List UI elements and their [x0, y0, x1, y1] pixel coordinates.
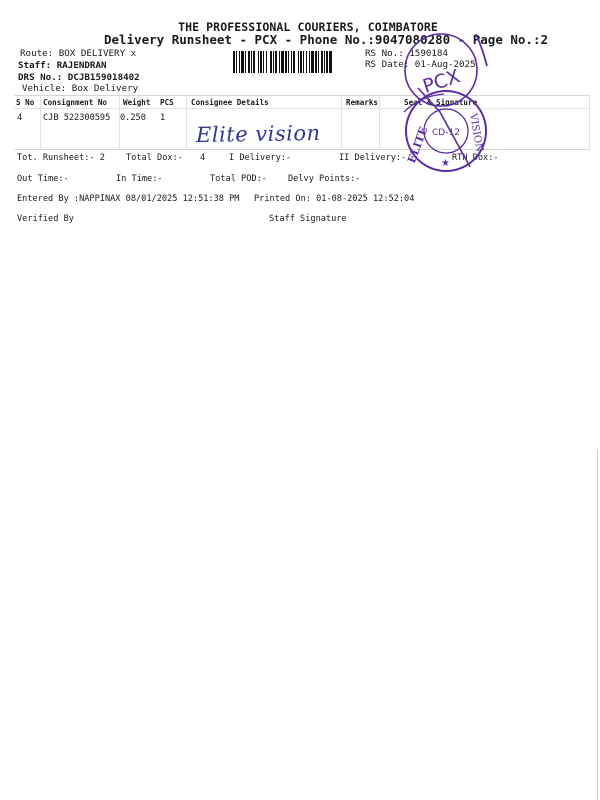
drs-number: DRS No.: DCJB159018402 [18, 72, 140, 83]
delvy-points: Delvy Points:- [288, 174, 360, 184]
staff-signature-label: Staff Signature [269, 214, 347, 224]
col-header-weight: Weight [123, 98, 150, 107]
handwritten-consignee: Elite vision [196, 121, 321, 147]
page-edge [597, 450, 598, 800]
col-divider [589, 96, 590, 149]
col-header-consignee: Consignee Details [191, 98, 269, 107]
rs-number: RS No.: 1590184 [365, 48, 448, 59]
tot-runsheet: Tot. Runsheet:- 2 [17, 153, 105, 163]
runsheet-subtitle: Delivery Runsheet - PCX - Phone No.:9047… [104, 32, 548, 47]
vehicle-label: Vehicle: Box Delivery [22, 83, 138, 94]
rs-date: RS Date: 01-Aug-2025 [365, 59, 476, 70]
col-header-consignment: Consignment No [43, 98, 107, 107]
cell-sno: 4 [17, 113, 22, 123]
cell-weight: 0.250 [120, 113, 146, 123]
ii-delivery: II Delivery:- [339, 153, 406, 163]
table-header-border [14, 108, 590, 109]
cell-consignment-no: CJB 522300595 [43, 113, 110, 123]
entered-by: Entered By :NAPPINAX 08/01/2025 12:51:38… [17, 194, 239, 204]
col-divider [186, 96, 187, 149]
rtn-dox: RTN Dox:- [452, 153, 499, 163]
total-pod: Total POD:- [210, 174, 267, 184]
col-header-pcs: PCS [160, 98, 174, 107]
cell-pcs: 1 [160, 113, 165, 123]
table-bottom-border [14, 149, 590, 150]
verified-by-label: Verified By [17, 214, 74, 224]
col-divider [40, 96, 41, 149]
table-top-border [14, 95, 590, 96]
barcode-icon [233, 51, 359, 73]
i-delivery: I Delivery:- [229, 153, 291, 163]
out-time: Out Time:- [17, 174, 69, 184]
svg-text:VISION: VISION [467, 112, 485, 153]
col-divider [379, 96, 380, 149]
col-header-sno: S No [16, 98, 34, 107]
col-header-seal: Seal & Signature [404, 98, 477, 107]
svg-text:CD-12: CD-12 [432, 128, 460, 138]
in-time: In Time:- [116, 174, 163, 184]
col-divider [341, 96, 342, 149]
col-header-remarks: Remarks [346, 98, 378, 107]
svg-text:ELITE: ELITE [405, 125, 430, 165]
staff-label: Staff: RAJENDRAN [18, 60, 107, 71]
svg-text:★: ★ [441, 158, 450, 169]
total-dox-label: Total Dox:- [126, 153, 183, 163]
total-dox-value: 4 [200, 153, 205, 163]
route-label: Route: BOX DELIVERY x [20, 48, 136, 59]
printed-on: Printed On: 01-08-2025 12:52:04 [254, 194, 414, 204]
svg-text:PCX: PCX [420, 65, 463, 98]
